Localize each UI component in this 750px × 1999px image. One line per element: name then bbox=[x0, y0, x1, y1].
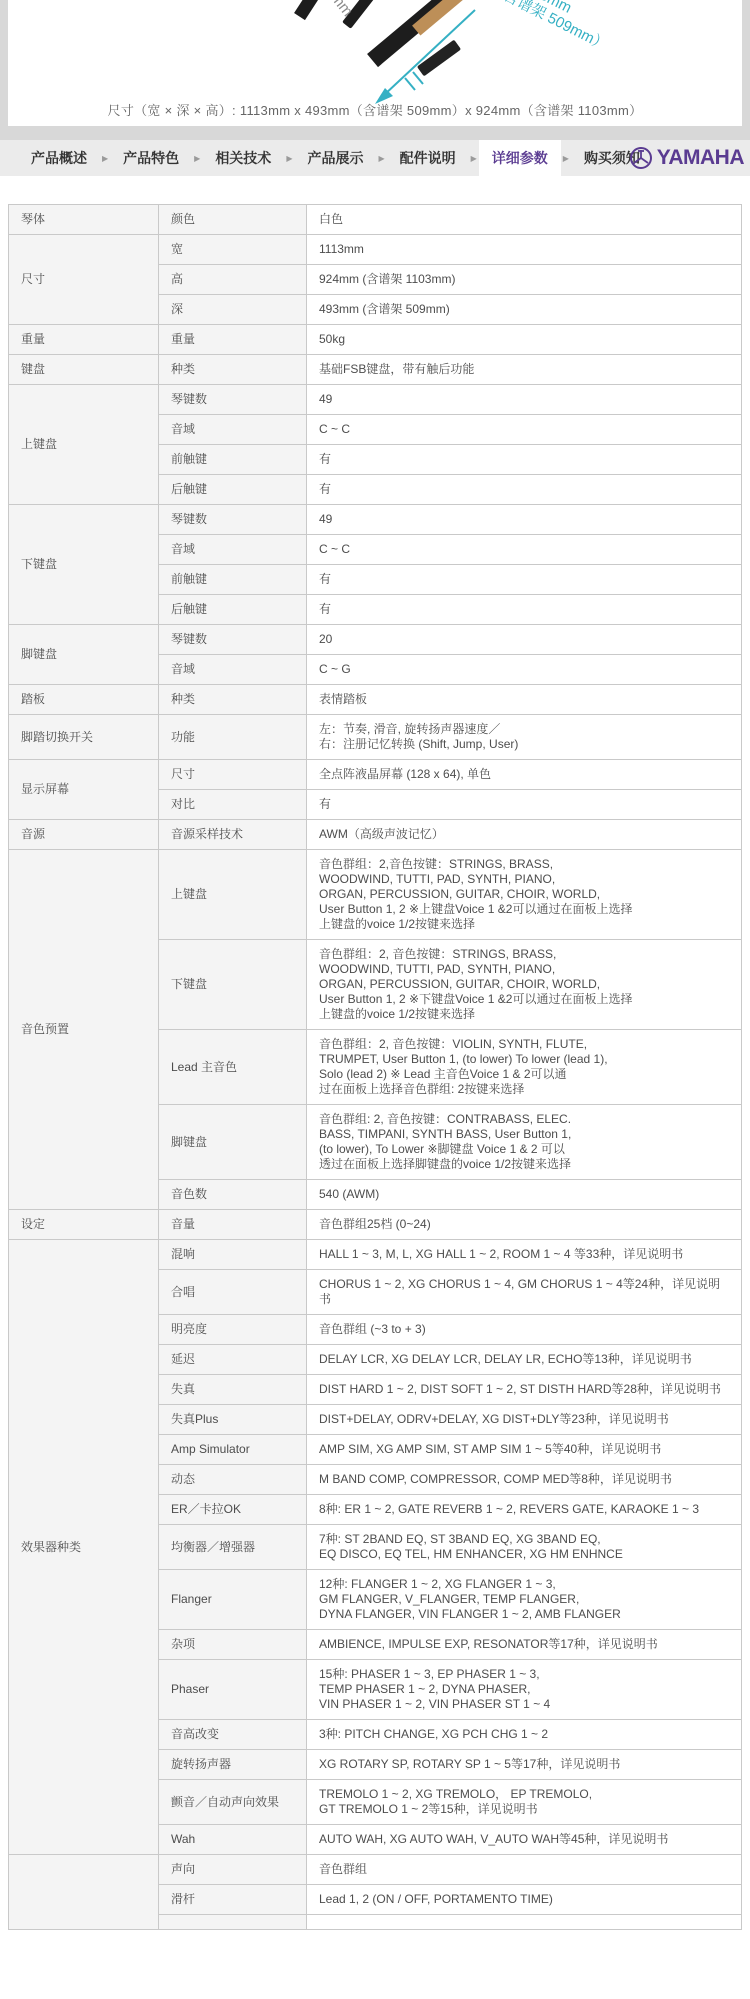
spec-row: 效果器种类混响HALL 1 ~ 3, M, L, XG HALL 1 ~ 2, … bbox=[9, 1240, 742, 1270]
spec-value-cell: 有 bbox=[307, 595, 742, 625]
spec-label-cell: 失真 bbox=[159, 1375, 307, 1405]
spec-label-cell: 上键盘 bbox=[159, 850, 307, 940]
spec-group-cell bbox=[9, 1855, 159, 1930]
yamaha-tuning-fork-icon bbox=[629, 146, 653, 170]
spec-label-cell: 延迟 bbox=[159, 1345, 307, 1375]
spec-value-cell: 49 bbox=[307, 505, 742, 535]
spec-label-cell: Amp Simulator bbox=[159, 1435, 307, 1465]
spec-table-section: 琴体颜色白色尺寸宽1113mm高924mm (含谱架 1103mm)深493mm… bbox=[0, 176, 750, 1930]
spec-value-cell: 20 bbox=[307, 625, 742, 655]
spec-value-cell: 白色 bbox=[307, 205, 742, 235]
spec-label-cell: Flanger bbox=[159, 1570, 307, 1630]
spec-value-cell: 50kg bbox=[307, 325, 742, 355]
spec-group-cell: 键盘 bbox=[9, 355, 159, 385]
spec-value-cell: 540 (AWM) bbox=[307, 1180, 742, 1210]
spec-label-cell: 颜色 bbox=[159, 205, 307, 235]
spec-value-cell: 音色群组: 2, 音色按键：CONTRABASS, ELEC. BASS, TI… bbox=[307, 1105, 742, 1180]
nav-tab-1[interactable]: 产品概述 bbox=[18, 140, 100, 176]
spec-value-cell: 音色群组 bbox=[307, 1855, 742, 1885]
spec-value-cell bbox=[307, 1915, 742, 1930]
spec-group-cell: 效果器种类 bbox=[9, 1240, 159, 1855]
spec-label-cell: 颤音／自动声向效果 bbox=[159, 1780, 307, 1825]
spec-group-cell: 琴体 bbox=[9, 205, 159, 235]
spec-row: 键盘种类基础FSB键盘，带有触后功能 bbox=[9, 355, 742, 385]
nav-tab-4[interactable]: 产品展示 bbox=[294, 140, 376, 176]
spec-label-cell: 声向 bbox=[159, 1855, 307, 1885]
spec-value-cell: 15种: PHASER 1 ~ 3, EP PHASER 1 ~ 3, TEMP… bbox=[307, 1660, 742, 1720]
spec-value-cell: CHORUS 1 ~ 2, XG CHORUS 1 ~ 4, GM CHORUS… bbox=[307, 1270, 742, 1315]
spec-value-cell: 音色群组 (~3 to + 3) bbox=[307, 1315, 742, 1345]
spec-row: 踏板种类表情踏板 bbox=[9, 685, 742, 715]
spec-label-cell: Lead 主音色 bbox=[159, 1030, 307, 1105]
spec-value-cell: Lead 1, 2 (ON / OFF, PORTAMENTO TIME) bbox=[307, 1885, 742, 1915]
spec-label-cell: 音域 bbox=[159, 655, 307, 685]
spec-label-cell: 合唱 bbox=[159, 1270, 307, 1315]
spec-label-cell: 音高改变 bbox=[159, 1720, 307, 1750]
spec-value-cell: XG ROTARY SP, ROTARY SP 1 ~ 5等17种，详见说明书 bbox=[307, 1750, 742, 1780]
spec-label-cell bbox=[159, 1915, 307, 1930]
nav-tab-5[interactable]: 配件说明 bbox=[387, 140, 469, 176]
spec-value-cell: C ~ G bbox=[307, 655, 742, 685]
spec-value-cell: 924mm (含谱架 1103mm) bbox=[307, 265, 742, 295]
spec-label-cell: 明亮度 bbox=[159, 1315, 307, 1345]
nav-arrow-icon: ▶ bbox=[284, 140, 294, 176]
spec-label-cell: 深 bbox=[159, 295, 307, 325]
spec-label-cell: Phaser bbox=[159, 1660, 307, 1720]
spec-label-cell: 种类 bbox=[159, 355, 307, 385]
spec-value-cell: DELAY LCR, XG DELAY LCR, DELAY LR, ECHO等… bbox=[307, 1345, 742, 1375]
spec-label-cell: 脚键盘 bbox=[159, 1105, 307, 1180]
nav-arrow-icon: ▶ bbox=[561, 140, 571, 176]
spec-value-cell: M BAND COMP, COMPRESSOR, COMP MED等8种，详见说… bbox=[307, 1465, 742, 1495]
hero-section: 1113mm 深度493mm （含谱架 509mm） 尺寸（宽 × 深 × 高）… bbox=[0, 0, 750, 126]
spec-label-cell: 种类 bbox=[159, 685, 307, 715]
dimension-depth-annotation: 深度493mm （含谱架 509mm） bbox=[488, 0, 655, 73]
spec-row: 尺寸宽1113mm bbox=[9, 235, 742, 265]
divider-band bbox=[0, 126, 750, 140]
spec-value-cell: AMP SIM, XG AMP SIM, ST AMP SIM 1 ~ 5等40… bbox=[307, 1435, 742, 1465]
spec-label-cell: 功能 bbox=[159, 715, 307, 760]
spec-group-cell: 音色预置 bbox=[9, 850, 159, 1210]
spec-row: 设定音量音色群组25档 (0~24) bbox=[9, 1210, 742, 1240]
yamaha-logo: YAMAHA bbox=[629, 140, 744, 176]
spec-value-cell: HALL 1 ~ 3, M, L, XG HALL 1 ~ 2, ROOM 1 … bbox=[307, 1240, 742, 1270]
spec-label-cell: 尺寸 bbox=[159, 760, 307, 790]
nav-arrow-icon: ▶ bbox=[192, 140, 202, 176]
spec-row: 脚键盘琴键数20 bbox=[9, 625, 742, 655]
spec-label-cell: 琴键数 bbox=[159, 625, 307, 655]
spec-value-cell: 49 bbox=[307, 385, 742, 415]
dimensions-caption: 尺寸（宽 × 深 × 高）: 1113mm x 493mm（含谱架 509mm）… bbox=[8, 100, 742, 119]
spec-label-cell: 动态 bbox=[159, 1465, 307, 1495]
spec-group-cell: 踏板 bbox=[9, 685, 159, 715]
spec-group-cell: 上键盘 bbox=[9, 385, 159, 505]
spec-group-cell: 显示屏幕 bbox=[9, 760, 159, 820]
spec-row: 琴体颜色白色 bbox=[9, 205, 742, 235]
spec-row: 脚踏切换开关功能左：节奏, 滑音, 旋转扬声器速度／ 右：注册记忆转换 (Shi… bbox=[9, 715, 742, 760]
spec-value-cell: 1113mm bbox=[307, 235, 742, 265]
spec-label-cell: 音域 bbox=[159, 415, 307, 445]
spec-label-cell: 音源采样技术 bbox=[159, 820, 307, 850]
spec-value-cell: 有 bbox=[307, 790, 742, 820]
spec-row: 声向音色群组 bbox=[9, 1855, 742, 1885]
spec-label-cell: 下键盘 bbox=[159, 940, 307, 1030]
spec-value-cell: AUTO WAH, XG AUTO WAH, V_AUTO WAH等45种，详见… bbox=[307, 1825, 742, 1855]
spec-table: 琴体颜色白色尺寸宽1113mm高924mm (含谱架 1103mm)深493mm… bbox=[8, 204, 742, 1930]
product-image: 1113mm 深度493mm （含谱架 509mm） 尺寸（宽 × 深 × 高）… bbox=[8, 0, 742, 126]
spec-label-cell: 琴键数 bbox=[159, 385, 307, 415]
spec-value-cell: 3种: PITCH CHANGE, XG PCH CHG 1 ~ 2 bbox=[307, 1720, 742, 1750]
spec-value-cell: 基础FSB键盘，带有触后功能 bbox=[307, 355, 742, 385]
spec-label-cell: 前触键 bbox=[159, 565, 307, 595]
spec-row: 音色预置上键盘音色群组：2,音色按键：STRINGS, BRASS, WOODW… bbox=[9, 850, 742, 940]
spec-label-cell: 混响 bbox=[159, 1240, 307, 1270]
spec-row: 重量重量50kg bbox=[9, 325, 742, 355]
nav-tabs: 产品概述▶产品特色▶相关技术▶产品展示▶配件说明▶详细参数▶购买须知 bbox=[0, 140, 653, 176]
spec-group-cell: 脚踏切换开关 bbox=[9, 715, 159, 760]
spec-label-cell: 均衡器／增强器 bbox=[159, 1525, 307, 1570]
spec-label-cell: Wah bbox=[159, 1825, 307, 1855]
spec-label-cell: 旋转扬声器 bbox=[159, 1750, 307, 1780]
spec-value-cell: 7种: ST 2BAND EQ, ST 3BAND EQ, XG 3BAND E… bbox=[307, 1525, 742, 1570]
spec-value-cell: 8种: ER 1 ~ 2, GATE REVERB 1 ~ 2, REVERS … bbox=[307, 1495, 742, 1525]
nav-tab-3[interactable]: 相关技术 bbox=[202, 140, 284, 176]
spec-row: 显示屏幕尺寸全点阵液晶屏幕 (128 x 64), 单色 bbox=[9, 760, 742, 790]
spec-value-cell: 493mm (含谱架 509mm) bbox=[307, 295, 742, 325]
spec-value-cell: TREMOLO 1 ~ 2, XG TREMOLO， EP TREMOLO, G… bbox=[307, 1780, 742, 1825]
spec-label-cell: 宽 bbox=[159, 235, 307, 265]
spec-label-cell: 高 bbox=[159, 265, 307, 295]
spec-value-cell: AWM（高级声波记忆） bbox=[307, 820, 742, 850]
spec-value-cell: AMBIENCE, IMPULSE EXP, RESONATOR等17种，详见说… bbox=[307, 1630, 742, 1660]
nav-arrow-icon: ▶ bbox=[469, 140, 479, 176]
nav-arrow-icon: ▶ bbox=[376, 140, 386, 176]
nav-tab-6[interactable]: 详细参数 bbox=[479, 140, 561, 176]
spec-value-cell: 左：节奏, 滑音, 旋转扬声器速度／ 右：注册记忆转换 (Shift, Jump… bbox=[307, 715, 742, 760]
spec-label-cell: 琴键数 bbox=[159, 505, 307, 535]
spec-value-cell: C ~ C bbox=[307, 415, 742, 445]
nav-arrow-icon: ▶ bbox=[100, 140, 110, 176]
spec-value-cell: DIST+DELAY, ODRV+DELAY, XG DIST+DLY等23种，… bbox=[307, 1405, 742, 1435]
nav-tab-2[interactable]: 产品特色 bbox=[110, 140, 192, 176]
spec-value-cell: 12种: FLANGER 1 ~ 2, XG FLANGER 1 ~ 3, GM… bbox=[307, 1570, 742, 1630]
spec-value-cell: 有 bbox=[307, 445, 742, 475]
spec-label-cell: 重量 bbox=[159, 325, 307, 355]
spec-row: 音源音源采样技术AWM（高级声波记忆） bbox=[9, 820, 742, 850]
spec-value-cell: DIST HARD 1 ~ 2, DIST SOFT 1 ~ 2, ST DIS… bbox=[307, 1375, 742, 1405]
spec-group-cell: 设定 bbox=[9, 1210, 159, 1240]
spec-value-cell: 音色群组：2, 音色按键：STRINGS, BRASS, WOODWIND, T… bbox=[307, 940, 742, 1030]
spec-group-cell: 脚键盘 bbox=[9, 625, 159, 685]
spec-label-cell: 前触键 bbox=[159, 445, 307, 475]
spec-label-cell: 失真Plus bbox=[159, 1405, 307, 1435]
spec-value-cell: 有 bbox=[307, 565, 742, 595]
spec-group-cell: 重量 bbox=[9, 325, 159, 355]
spec-group-cell: 尺寸 bbox=[9, 235, 159, 325]
spec-label-cell: ER／卡拉OK bbox=[159, 1495, 307, 1525]
spec-group-cell: 下键盘 bbox=[9, 505, 159, 625]
spec-value-cell: 表情踏板 bbox=[307, 685, 742, 715]
spec-label-cell: 后触键 bbox=[159, 595, 307, 625]
spec-value-cell: C ~ C bbox=[307, 535, 742, 565]
spec-label-cell: 对比 bbox=[159, 790, 307, 820]
spec-value-cell: 有 bbox=[307, 475, 742, 505]
spec-label-cell: 滑杆 bbox=[159, 1885, 307, 1915]
spec-label-cell: 后触键 bbox=[159, 475, 307, 505]
spec-label-cell: 杂项 bbox=[159, 1630, 307, 1660]
spec-value-cell: 音色群组：2, 音色按键：VIOLIN, SYNTH, FLUTE, TRUMP… bbox=[307, 1030, 742, 1105]
yamaha-wordmark: YAMAHA bbox=[657, 146, 744, 170]
spec-row: 上键盘琴键数49 bbox=[9, 385, 742, 415]
spec-label-cell: 音量 bbox=[159, 1210, 307, 1240]
spec-value-cell: 全点阵液晶屏幕 (128 x 64), 单色 bbox=[307, 760, 742, 790]
product-nav: 产品概述▶产品特色▶相关技术▶产品展示▶配件说明▶详细参数▶购买须知 YAMAH… bbox=[0, 140, 750, 176]
spec-row: 下键盘琴键数49 bbox=[9, 505, 742, 535]
spec-value-cell: 音色群组25档 (0~24) bbox=[307, 1210, 742, 1240]
spec-group-cell: 音源 bbox=[9, 820, 159, 850]
spec-label-cell: 音域 bbox=[159, 535, 307, 565]
spec-label-cell: 音色数 bbox=[159, 1180, 307, 1210]
spec-value-cell: 音色群组：2,音色按键：STRINGS, BRASS, WOODWIND, TU… bbox=[307, 850, 742, 940]
